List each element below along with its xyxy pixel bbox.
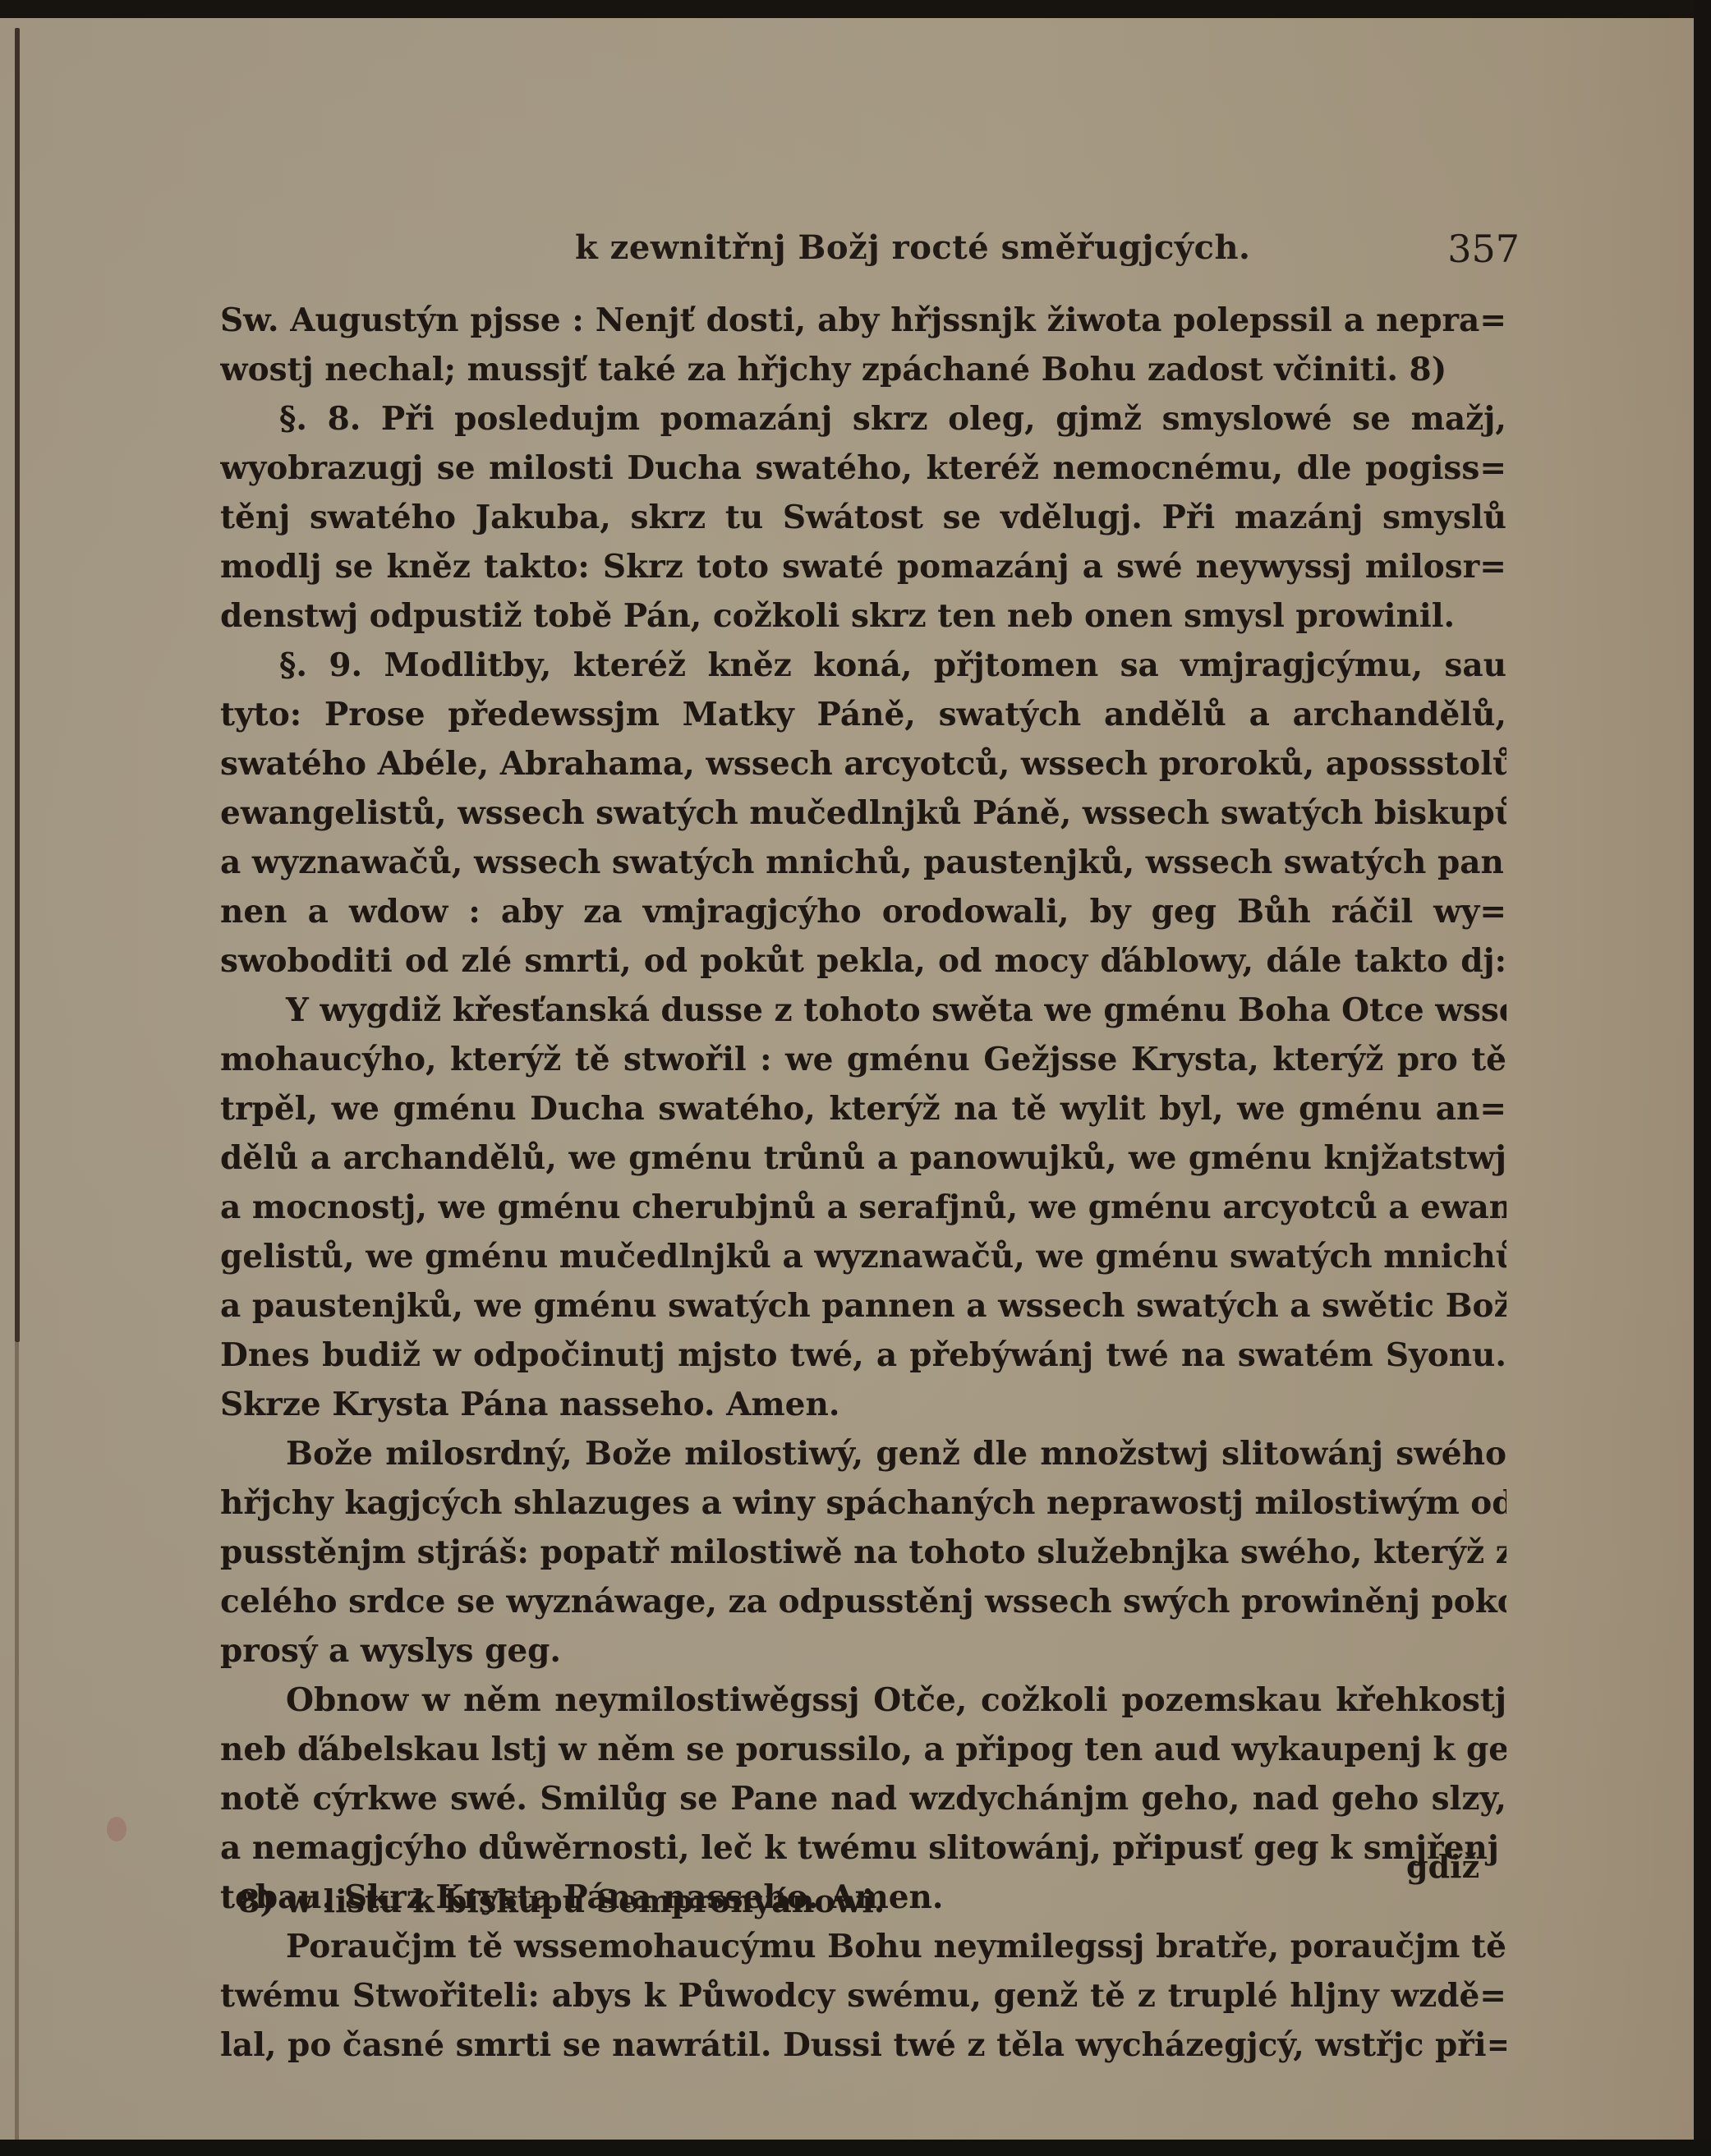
footnote: 8) w listu k biskupu Sempronyánowi. [238, 1882, 885, 1919]
text-line: Skrze Krysta Pána nasseho. Amen. [220, 1380, 1506, 1429]
running-head: k zewnitřnj Božj rocté směřugjcých. 357 [575, 220, 1520, 278]
catchword: gdiž [1406, 1848, 1479, 1885]
text-line: Sw. Augustýn pjsse : Nenjť dosti, aby hř… [220, 296, 1506, 345]
page-number: 357 [1447, 227, 1520, 271]
text-line: notě cýrkwe swé. Smilůg se Pane nad wzdy… [220, 1774, 1506, 1823]
text-line: těnj swatého Jakuba, skrz tu Swátost se … [220, 493, 1506, 542]
text-line: gelistů, we gménu mučedlnjků a wyznawačů… [220, 1232, 1506, 1281]
paper-stain [107, 1817, 126, 1841]
text-line: swoboditi od zlé smrti, od pokůt pekla, … [220, 936, 1506, 986]
paragraph-start-line: Y wygdiž křesťanská dusse z tohoto swěta… [220, 986, 1506, 1035]
text-line: modlj se kněz takto: Skrz toto swaté pom… [220, 542, 1506, 591]
paragraph-start-line: Obnow w něm neymilostiwěgssj Otče, cožko… [220, 1676, 1506, 1725]
section-heading-line: §. 8. Při posledujm pomazánj skrz oleg, … [220, 394, 1506, 444]
gutter-shadow-line [15, 28, 20, 1342]
text-line: dělů a archandělů, we gménu trůnů a pano… [220, 1133, 1506, 1183]
text-line: ewangelistů, wssech swatých mučedlnjků P… [220, 788, 1506, 838]
text-line: hřjchy kagjcých shlazuges a winy spáchan… [220, 1478, 1506, 1528]
text-line: a paustenjků, we gménu swatých pannen a … [220, 1281, 1506, 1331]
paragraph-start-line: Poraučjm tě wssemohaucýmu Bohu neymilegs… [220, 1922, 1506, 1971]
gutter-fold-line [15, 1342, 19, 2140]
scan-border-right [1694, 0, 1711, 2156]
text-line: Dnes budiž w odpočinutj mjsto twé, a pře… [220, 1331, 1506, 1380]
text-line: prosý a wyslys geg. [220, 1626, 1506, 1676]
text-line: swatého Abéle, Abrahama, wssech arcyotců… [220, 739, 1506, 788]
text-line: pusstěnjm stjráš: popatř milostiwě na to… [220, 1528, 1506, 1577]
text-line: wostj nechal; mussjť také za hřjchy zpác… [220, 345, 1506, 394]
section-heading-line: §. 9. Modlitby, kteréž kněz koná, přjtom… [220, 641, 1506, 690]
text-line: neb ďábelskau lstj w něm se porussilo, a… [220, 1725, 1506, 1774]
text-line: nen a wdow : aby za vmjragjcýho orodowal… [220, 887, 1506, 936]
scan-border-top [0, 0, 1711, 18]
text-line: a mocnostj, we gménu cherubjnů a serafjn… [220, 1183, 1506, 1232]
text-line: lal, po časné smrti se nawrátil. Dussi t… [220, 2020, 1506, 2070]
running-title: k zewnitřnj Božj rocté směřugjcých. [575, 228, 1250, 267]
text-line: denstwj odpustiž tobě Pán, cožkoli skrz … [220, 591, 1506, 641]
text-line: a nemagjcýho důwěrnosti, leč k twému sli… [220, 1823, 1506, 1873]
text-line: tyto: Prose předewssjm Matky Páně, swatý… [220, 690, 1506, 739]
text-line: mohaucýho, kterýž tě stwořil : we gménu … [220, 1035, 1506, 1084]
scan-border-bottom [0, 2140, 1711, 2156]
text-line: trpěl, we gménu Ducha swatého, kterýž na… [220, 1084, 1506, 1133]
paragraph-start-line: Bože milosrdný, Bože milostiwý, genž dle… [220, 1429, 1506, 1478]
text-line: celého srdce se wyznáwage, za odpusstěnj… [220, 1577, 1506, 1626]
body-text: Sw. Augustýn pjsse : Nenjť dosti, aby hř… [220, 296, 1506, 2070]
text-line: twému Stwořiteli: abys k Půwodcy swému, … [220, 1971, 1506, 2020]
text-line: a wyznawačů, wssech swatých mnichů, paus… [220, 838, 1506, 887]
text-line: wyobrazugj se milosti Ducha swatého, kte… [220, 444, 1506, 493]
